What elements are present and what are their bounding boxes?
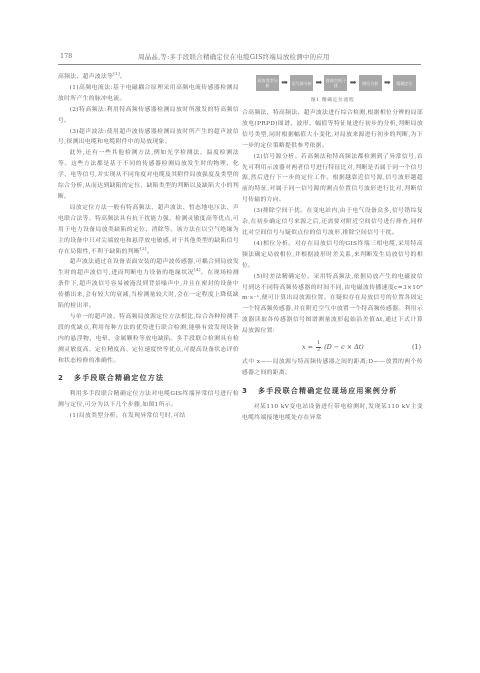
section-heading-3: 3 多手段联合精确定位现场应用案例分析 xyxy=(242,385,423,397)
paragraph-ultrasonic: (3)超声波法:使用超声波传感器检测局放时所产生的超声波信号,探测出电缆和电缆附… xyxy=(58,127,239,149)
page-header: 178 周晶晶,等:多手段联合精确定位在电缆GIS终端局放检测中的应用 xyxy=(58,51,421,65)
arrow-right-icon: ➡ xyxy=(350,79,357,87)
flow-step-signal-source: 信号源分析 xyxy=(290,75,313,91)
paragraph-ultrasonic-method: 超声波法通过在设备表面安装的超声波传感器,可耦合到局放发生时的超声波信号,进而判… xyxy=(58,257,239,312)
arrow-right-icon: ➡ xyxy=(316,79,323,87)
left-column: 高频法、超声波法等[1]。 (1)高频电流法:基于电磁耦合原理采用高频电流传感器… xyxy=(58,72,239,422)
paragraph-step3: (3)排除空间干扰。在变电站内,由于电气设备众多,信号错综复杂,在初步确定信号来… xyxy=(242,206,423,239)
flowchart: 局放类型分析 ➡ 信号源分析 ➡ 排除空间干扰 ➡ 相位分析 ➡ 精确定位 xyxy=(256,72,416,94)
flow-step-precise-location: 精确定位 xyxy=(393,75,416,91)
flow-step-pd-type: 局放类型分析 xyxy=(256,75,279,91)
paragraph-step1: (1)局放类型分析。在发现异常信号时,可结 xyxy=(58,411,239,422)
arrow-right-icon: ➡ xyxy=(281,79,288,87)
right-column: 局放类型分析 ➡ 信号源分析 ➡ 排除空间干扰 ➡ 相位分析 ➡ 精确定位 图1… xyxy=(242,72,423,424)
paragraph-hf-current: (1)高频电流法:基于电磁耦合原理采用高频电流传感器检测局放时所产生的脉冲电流。 xyxy=(58,83,239,105)
paragraph-step2: (2)信号源分析。若高频法和特高频法都检测到了异常信号,首先可利用示波器对两者信… xyxy=(242,152,423,207)
paragraph-other-methods: 此外,还有一些其他检测方法,例如光学检测法、温度检测法等。这些方法都是基于不同的… xyxy=(58,148,239,203)
equation-1: x = 1 2 (D − c × Δt) (1) xyxy=(242,337,423,357)
running-title: 周晶晶,等:多手段联合精确定位在电缆GIS终端局放检测中的应用 xyxy=(138,52,330,61)
paragraph-method-intro: 利用多手段联合精确定位方法对电缆GIS终端异常信号进行检测与定位,可分为以下几个… xyxy=(58,389,239,411)
paragraph-step5: (5)时差法精确定位。采用特高频法,依据局放产生的电磁波信号到达不同特高频传感器… xyxy=(242,272,423,337)
figure-caption: 图1 精确定位流程 xyxy=(242,96,423,106)
arrow-right-icon: ➡ xyxy=(384,79,391,87)
paragraph: 高频法、超声波法等[1]。 xyxy=(58,72,239,83)
paragraph-uhf: (2)特高频法:利用特高频传感器检测局放时所激发的特高频信号。 xyxy=(58,105,239,127)
flow-step-phase: 相位分析 xyxy=(359,75,382,91)
flow-step-exclude-interference: 排除空间干扰 xyxy=(324,75,347,91)
equation-number: (1) xyxy=(412,342,421,353)
paragraph-comparison: 与单一的超声波、特高频局放源定位方法相比,综合各种检测手段的优缺点,利用每种方法… xyxy=(58,312,239,367)
paragraph-step4: (4)相位分析。对存在局放信号的GIS终端三相电缆,采用特高频法确定局放相位,并… xyxy=(242,239,423,272)
paragraph-case-intro: 对某110 kV变电站设备进行带电检测时,发现某110 kV主变电缆终端接地电缆… xyxy=(242,402,423,424)
paragraph-step1-cont: 合高频法、特高频法、超声波法进行综合检测,根据相位分辨的局部放电(PRPD)图谱… xyxy=(242,108,423,152)
paragraph-localization-methods: 局放定位方法一般有特高频法、超声波法、暂态地电压法、声电联合法等。特高频法具有抗… xyxy=(58,203,239,258)
formula-note: 式中 x——局放源与特高频传感器之间的距离;D——放置的两个传感器之间的距离。 xyxy=(242,357,423,379)
fraction: 1 2 xyxy=(316,341,321,353)
equation-body: x = 1 2 (D − c × Δt) xyxy=(302,341,364,353)
page-number: 178 xyxy=(60,52,72,60)
section-heading-2: 2 多手段联合精确定位方法 xyxy=(58,372,239,384)
